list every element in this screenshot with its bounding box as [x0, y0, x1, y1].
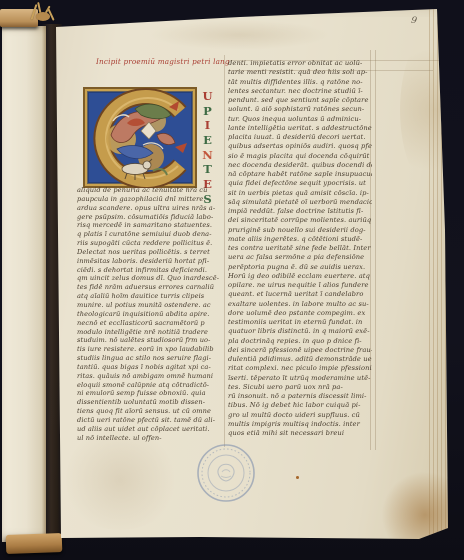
initial-word-letter: e: [203, 134, 212, 147]
manuscript-line: nec docenda desiderāt. quibus docendi do…: [228, 161, 372, 170]
manuscript-line: ritat complexi. nec piculo impie pfessio…: [228, 364, 372, 373]
manuscript-line: q platis ī curatōne semiuiui duob dena-: [77, 230, 220, 239]
manuscript-line: atq aīaliū hoīm dauitice turris clipeis: [77, 292, 220, 301]
manuscript-line: munire. ul potius munitā ostendere. ac: [77, 301, 220, 310]
manuscript-line: lentes sectantur. nec doctrine studiū ī-: [228, 87, 372, 96]
manuscript-line: uera ac falsa sermōne a pia defensiōne: [228, 253, 372, 262]
manuscript-line: perēptoria pugna ē. dū se auidis uerax.: [228, 263, 372, 272]
manuscript-line: inmēsitas laboris. desideriū hortat pfi-: [77, 257, 220, 266]
manuscript-line: dei sincerā pfessionē uipee doctrine fra…: [228, 346, 372, 355]
manuscript-line: tantiū. quas bigas ī nobis agitat xpi ca…: [77, 363, 220, 372]
manuscript-line: risq mercedē in samaritano statuentes.: [77, 221, 220, 230]
manuscript-line: sāq simulatā pietatē oī uerborū mendacio: [228, 198, 372, 207]
binding-tailband: [6, 533, 63, 554]
manuscript-line: pendunt. sed que sentiunt sapīe cōptare: [228, 96, 372, 105]
manuscript-line: qm uincit zelus domus dī. Quo inardescē-: [77, 274, 220, 283]
manuscript-line: aliquid de penuria ac tenuitate nrā cū: [77, 186, 220, 195]
manuscript-line: pruriginē sub nouello sui desiderii dog-: [228, 226, 372, 235]
ink-dot: [296, 476, 299, 479]
manuscript-line: quatuor libris distinctū. in q maiorū ex…: [228, 327, 372, 336]
text-column-left: aliquid de penuria ac tenuitate nrā cūpa…: [77, 186, 220, 444]
manuscript-line: tur. Quos inequa uoluntas ū adminicu-: [228, 115, 372, 124]
manuscript-line: placita iuuat. ū desideriū decori uertat…: [228, 133, 372, 142]
manuscript-line: testimoniis ueritat in eternū fundat. in: [228, 318, 372, 327]
manuscript-line: dissentientib uoluntatū motib dissen-: [77, 398, 220, 407]
manuscript-line: queant. et lucernā ueritat ī candelabro: [228, 290, 372, 299]
manuscript-line: dictū ueri ratōne pfectū sit. tamē dū al…: [77, 416, 220, 425]
manuscript-line: ud aliis aut uidet aut cōplacet ueritati…: [77, 425, 220, 434]
manuscript-line: dore uolumē deo pstante compegim. ex: [228, 309, 372, 318]
manuscript-photo: 9 Incipit proemiū magistri petri langob.: [0, 0, 464, 560]
headband-knot: [36, 12, 50, 21]
manuscript-line: tāt multis diffidentes illis. q ratōne n…: [228, 78, 372, 87]
manuscript-line: eloquii smonē calūpnie atq cōtradictō-: [77, 381, 220, 390]
facing-page-edge: [2, 26, 46, 542]
initial-word-letter: n: [202, 149, 213, 162]
manuscript-line: tis iure resistere. eorū in xpo laudabil…: [77, 345, 220, 354]
manuscript-line: pla doctrināq repies. in quo p dnice fi-: [228, 337, 372, 346]
manuscript-line: dulentiā pdidimus. aditū demonstrāde ue-: [228, 355, 372, 364]
manuscript-line: tes contra ueritatē sine fede bellāt. In…: [228, 244, 372, 253]
margin-stain: [60, 430, 180, 530]
manuscript-line: modulo intelligētie nrē notitiā tradere: [77, 328, 220, 337]
manuscript-line: tarie menti resistit. quā deo hiis soli …: [228, 68, 372, 77]
manuscript-line: mate aliis ingerētes. q cōtētioni studē-: [228, 235, 372, 244]
manuscript-line: multis impigris multisq indoctis. inter: [228, 420, 372, 429]
fore-edge-page-stack: [429, 8, 448, 540]
text-column-right: denti. impietatis error obnitat ac uolū-…: [228, 59, 372, 439]
manuscript-line: īserti. tēperato īt utrūq moderamine utē…: [228, 374, 372, 383]
manuscript-line: tes. Sicubi uero parū uox nrā pa-: [228, 383, 372, 392]
manuscript-line: gro ul multū docto uideri supfluus. cū: [228, 411, 372, 420]
manuscript-line: quibus adsertas opiniōs audiri. quosq pf…: [228, 142, 372, 151]
manuscript-line: ritas. quāuis nō ambigam omnē humani: [77, 372, 220, 381]
manuscript-line: Delectat nos ueritas pollicētis. s terre…: [77, 248, 220, 257]
manuscript-page: 9 Incipit proemiū magistri petri langob.: [0, 0, 464, 560]
manuscript-line: studuim. nō ualētes studiosorū frm uo-: [77, 336, 220, 345]
manuscript-line: necnō et ecclīasticorū sacramētorū p: [77, 319, 220, 328]
ruling-line: [375, 50, 376, 450]
manuscript-line: theologicarū inquisitionū abdita apire.: [77, 310, 220, 319]
manuscript-line: lante intelligētia ueritat. s addestruct…: [228, 124, 372, 133]
manuscript-line: uolunt. ū aiō sophistarū ratōnes secun-: [228, 105, 372, 114]
manuscript-line: paupcula in gazophilaciū dnī mittere.: [77, 195, 220, 204]
manuscript-line: rū insonuit. nō a paternis discessit lim…: [228, 392, 372, 401]
manuscript-line: tibus. Nō ig debet hic labor cuiquā pi-: [228, 401, 372, 410]
manuscript-line: Horū ig deo odibilē ecclam euertere. atq…: [228, 272, 372, 281]
illuminated-initial: [83, 87, 197, 188]
library-stamp: [195, 442, 257, 504]
manuscript-line: tes fidē nrām aduersus errores carnaliū: [77, 283, 220, 292]
initial-letter-C: [83, 87, 197, 188]
manuscript-line: studiis lingua ac stilo nos seruire flag…: [77, 354, 220, 363]
manuscript-line: exaltare uolentes. in labore multo ac su…: [228, 300, 372, 309]
ruling-line: [224, 55, 225, 447]
manuscript-line: tiens quoq fit aīorū sensus. ut cū omne: [77, 407, 220, 416]
initial-word-letter: p: [203, 105, 212, 118]
manuscript-line: impiā reddūt. false doctrine īstitutis f…: [228, 207, 372, 216]
folio-number: 9: [410, 16, 417, 27]
manuscript-line: riis supogāti cūcta reddere pollicitus ē…: [77, 239, 220, 248]
manuscript-line: quos etiā mihi sit necessari breui: [228, 429, 372, 438]
manuscript-line: nā cōptare habēt ratōne sapīe insupuacuā…: [228, 170, 372, 179]
manuscript-line: sio ē magis placita qui docenda cōquirūt: [228, 152, 372, 161]
manuscript-line: ardua scandere. opus ultra uires nrās a-: [77, 204, 220, 213]
manuscript-line: dei sinceritatē corrūpe molientes. auriū…: [228, 216, 372, 225]
top-edge-stain: [150, 20, 330, 50]
initial-word-letter: u: [202, 90, 212, 103]
corner-stain: [380, 470, 464, 560]
manuscript-line: gere psūpsim. cōsumatiōis fiduciā labo-: [77, 213, 220, 222]
initial-word-letter: t: [203, 163, 212, 176]
manuscript-line: sit in uerbis pietas quā amisit cōscīa. …: [228, 189, 372, 198]
manuscript-line: ni emulorū semp fuisse obnoxiū. quia: [77, 389, 220, 398]
initial-word-letter: i: [205, 119, 210, 132]
manuscript-line: quia fidei defectōne sequit ypocrisis. u…: [228, 179, 372, 188]
rubric: Incipit proemiū magistri petri langob.: [96, 57, 230, 67]
manuscript-line: denti. impietatis error obnitat ac uolū-: [228, 59, 372, 68]
manuscript-line: ciēdi. s dehortat infirmitas deficiendi.: [77, 266, 220, 275]
manuscript-line: opilare. ne uirus nequitie ī alios funde…: [228, 281, 372, 290]
